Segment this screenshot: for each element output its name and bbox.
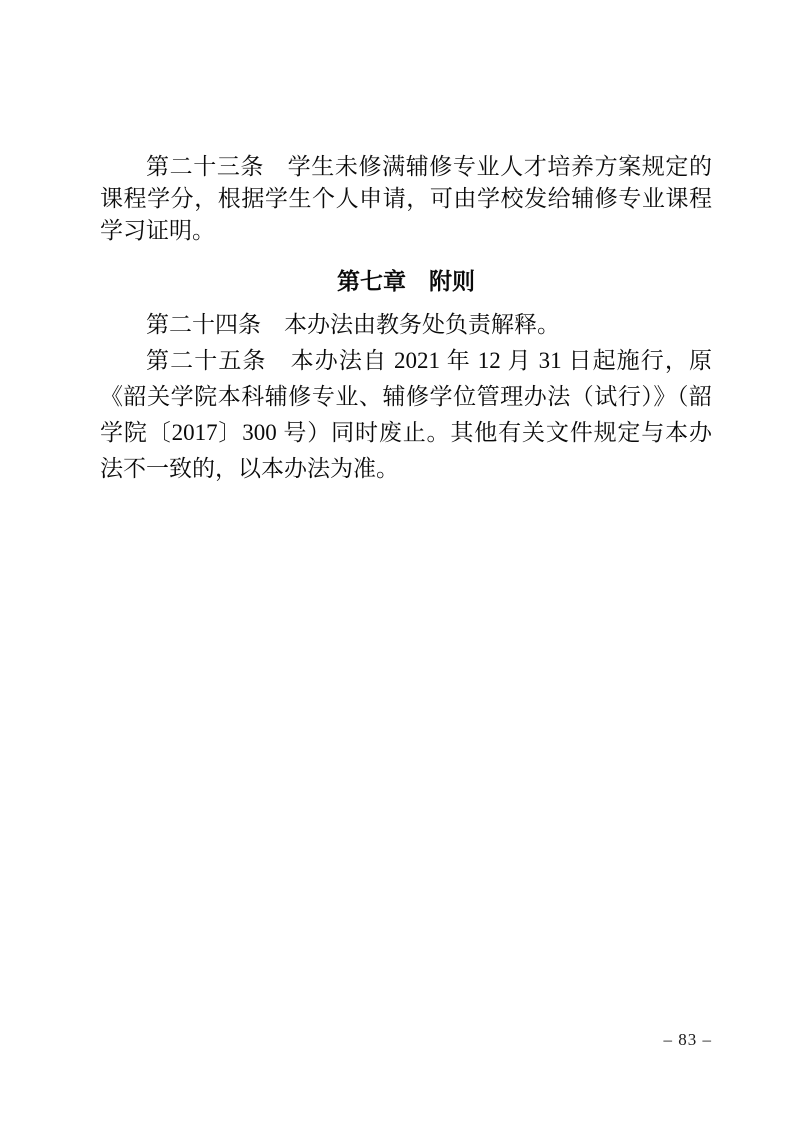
document-page: 第二十三条 学生未修满辅修专业人才培养方案规定的课程学分，根据学生个人申请，可由… xyxy=(0,0,793,1122)
page-number: – 83 – xyxy=(664,1030,713,1050)
chapter-heading: 第七章 附则 xyxy=(100,263,712,299)
document-body: 第二十三条 学生未修满辅修专业人才培养方案规定的课程学分，根据学生个人申请，可由… xyxy=(100,151,712,487)
paragraph-article-23: 第二十三条 学生未修满辅修专业人才培养方案规定的课程学分，根据学生个人申请，可由… xyxy=(100,151,712,247)
paragraph-article-25: 第二十五条 本办法自 2021 年 12 月 31 日起施行，原《韶关学院本科辅… xyxy=(100,343,712,487)
paragraph-article-24: 第二十四条 本办法由教务处负责解释。 xyxy=(100,307,712,343)
